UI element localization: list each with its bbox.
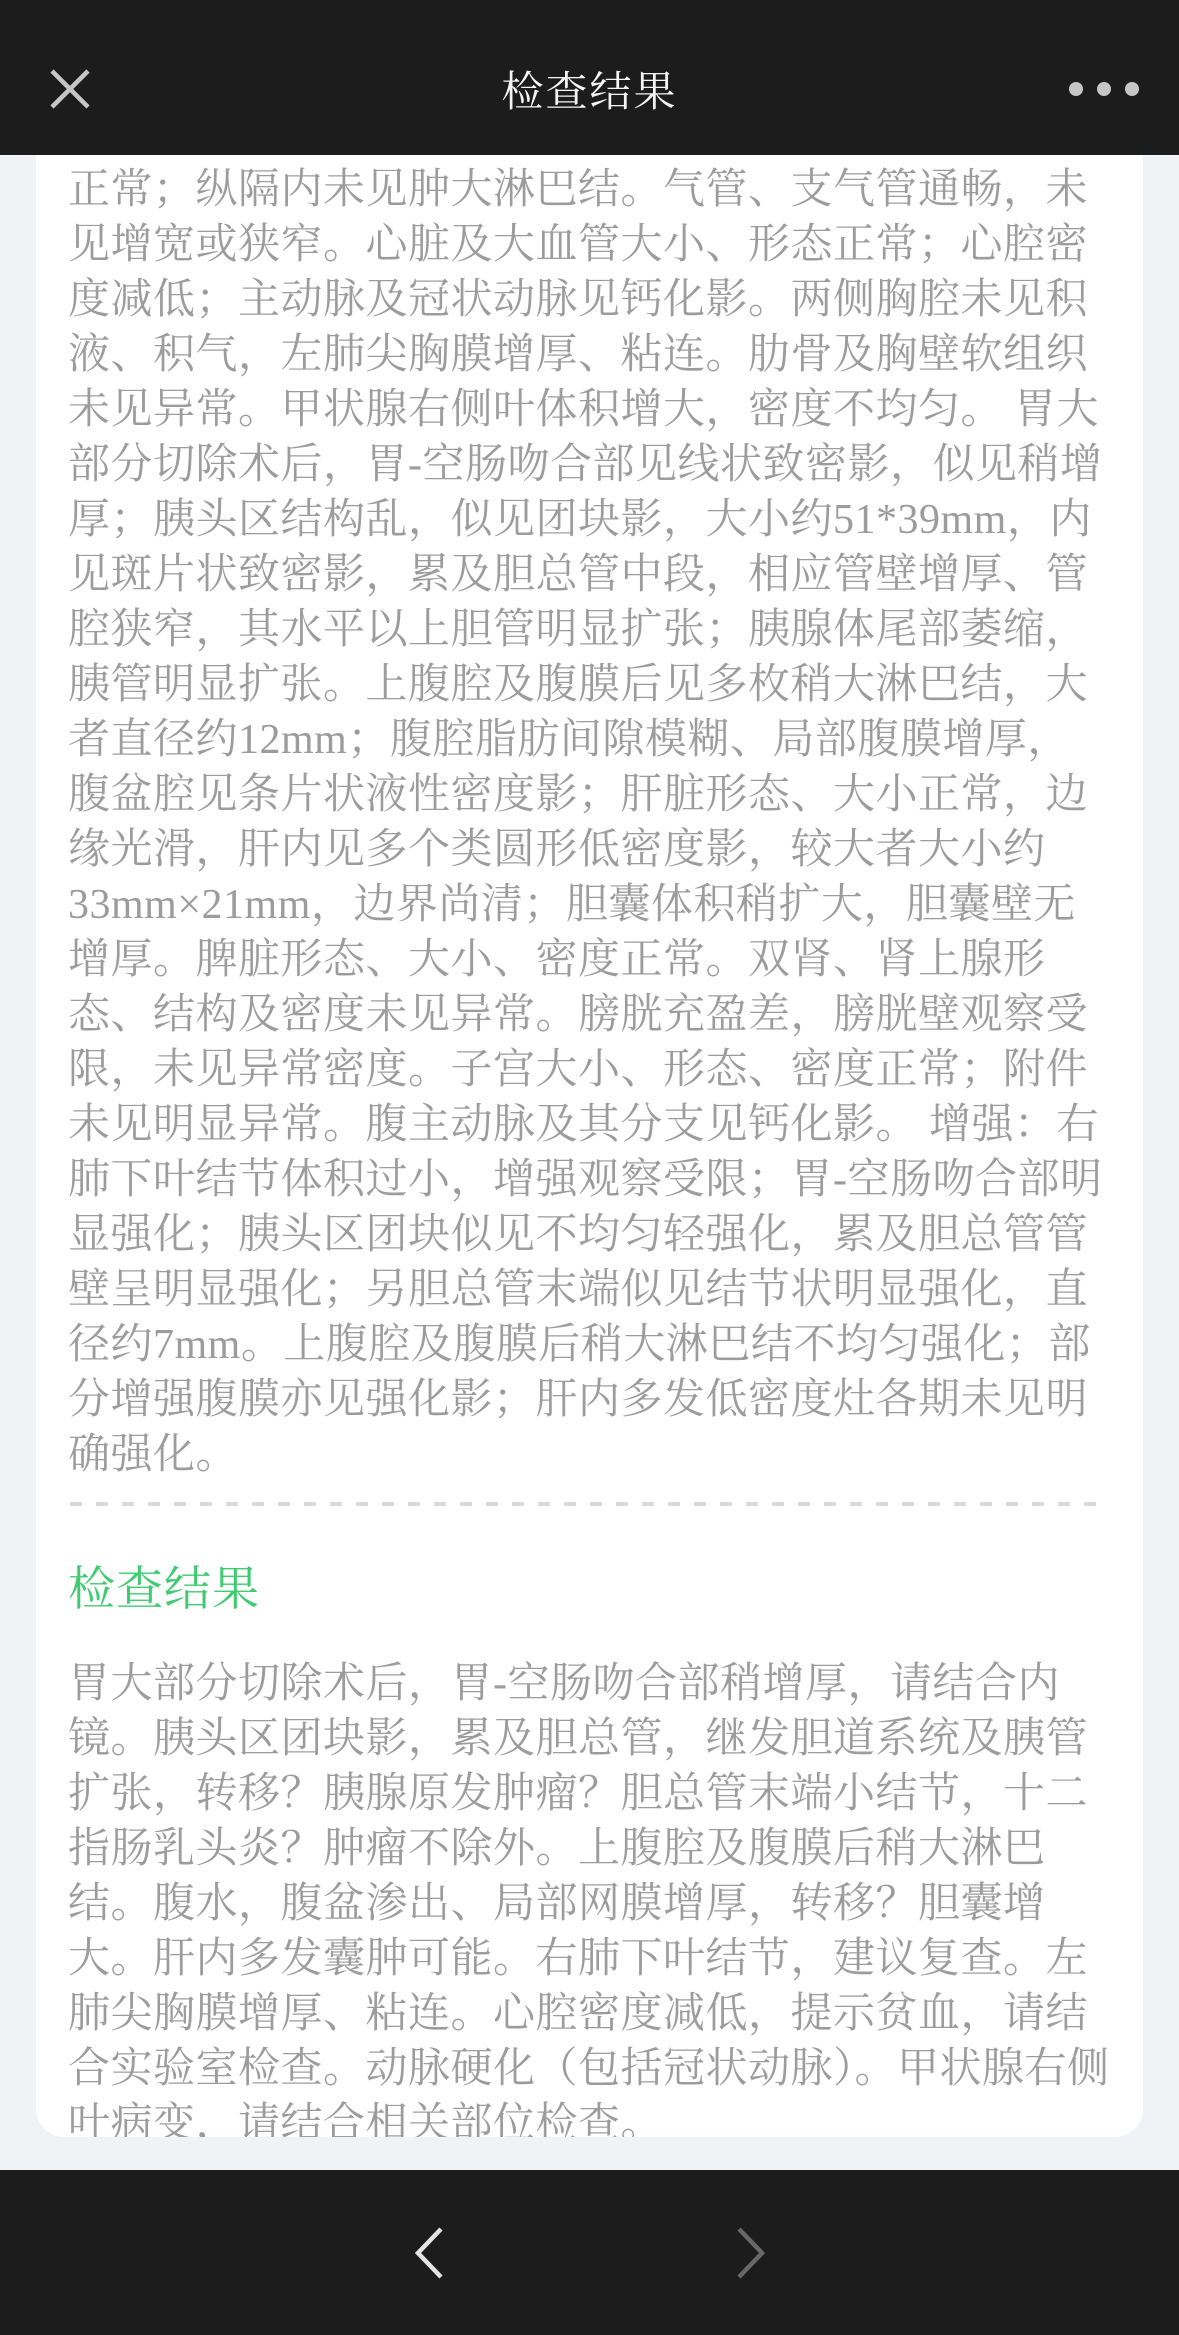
conclusion-text: 胃大部分切除术后，胃-空肠吻合部稍增厚，请结合内镜。胰头区团块影，累及胆总管，继… <box>68 1657 1110 2137</box>
pagination-bar <box>0 2170 1179 2335</box>
section-title: 检查结果 <box>68 1552 1110 1619</box>
dashed-divider <box>70 1502 1108 1506</box>
report-card: 正常；纵隔内未见肿大淋巴结。气管、支气管通畅，未见增宽或狭窄。心脏及大血管大小、… <box>36 155 1143 2137</box>
navbar: 检查结果 <box>0 0 1179 155</box>
findings-text: 正常；纵隔内未见肿大淋巴结。气管、支气管通畅，未见增宽或狭窄。心脏及大血管大小、… <box>68 163 1110 1483</box>
more-icon <box>1069 82 1083 96</box>
prev-page-button[interactable] <box>403 2215 455 2291</box>
close-button[interactable] <box>34 53 106 125</box>
report-scroll-area[interactable]: 正常；纵隔内未见肿大淋巴结。气管、支气管通畅，未见增宽或狭窄。心脏及大血管大小、… <box>0 155 1179 2170</box>
more-menu-button[interactable] <box>1063 53 1145 125</box>
page-title: 检查结果 <box>0 22 1179 155</box>
chevron-left-icon <box>413 2225 445 2281</box>
chevron-right-icon <box>735 2225 767 2281</box>
next-page-button[interactable] <box>725 2215 777 2291</box>
close-icon <box>47 66 93 112</box>
